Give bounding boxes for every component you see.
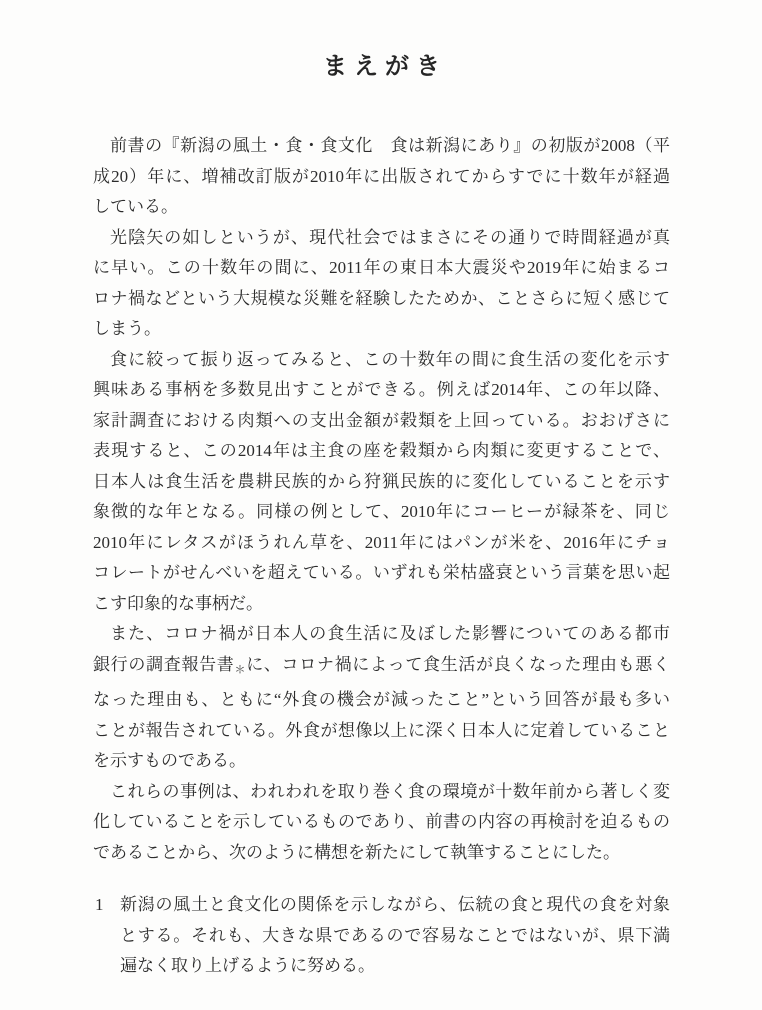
text-line: なった理由も、ともに“外食の機会が減ったこと”という回答が最も多い	[93, 685, 670, 716]
text-line: 食に絞って振り返ってみると、この十数年の間に食生活の変化を示す	[93, 345, 670, 376]
page-content: まえがき 前書の『新潟の風土・食・食文化 食は新潟にあり』の初版が2008（平成…	[93, 0, 670, 982]
paragraph: 前書の『新潟の風土・食・食文化 食は新潟にあり』の初版が2008（平成20）年に…	[93, 131, 670, 223]
text-line: また、コロナ禍が日本人の食生活に及ぼした影響についてのある都市	[93, 619, 670, 650]
text-line: 銀行の調査報告書＊に、コロナ禍によって食生活が良くなった理由も悪く	[93, 650, 670, 686]
text-line: 化していることを示しているものであり、前書の内容の再検討を迫るもの	[93, 807, 670, 838]
text-line: 表現すると、この2014年は主食の座を穀類から肉類に変更することで、	[93, 436, 670, 467]
text-line: コレートがせんべいを超えている。いずれも栄枯盛衰という言葉を思い起	[93, 558, 670, 589]
page: まえがき 前書の『新潟の風土・食・食文化 食は新潟にあり』の初版が2008（平成…	[0, 0, 762, 1010]
text-line: こす印象的な事柄だ。	[93, 589, 670, 620]
text-line: であることから、次のように構想を新たにして執筆することにした。	[93, 838, 670, 869]
text-line: 象徴的な年となる。同様の例として、2010年にコーヒーが緑茶を、同じ	[93, 497, 670, 528]
list-item-text: 新潟の風土と食文化の関係を示しながら、伝統の食と現代の食を対象とする。それも、大…	[120, 890, 670, 982]
text-line: これらの事例は、われわれを取り巻く食の環境が十数年前から著しく変	[93, 777, 670, 808]
text-line: ことが報告されている。外食が想像以上に深く日本人に定着していること	[93, 716, 670, 747]
text-line: している。	[93, 192, 670, 223]
text-line: 日本人は食生活を農耕民族的から狩猟民族的に変化していることを示す	[93, 467, 670, 498]
text-line: 光陰矢の如しというが、現代社会ではまさにその通りで時間経過が真	[93, 223, 670, 254]
text-line: 家計調査における肉類への支出金額が穀類を上回っている。おおげさに	[93, 406, 670, 437]
text-line: ロナ禍などという大規模な災難を経験したためか、ことさらに短く感じて	[93, 284, 670, 315]
paragraph: これらの事例は、われわれを取り巻く食の環境が十数年前から著しく変化していることを…	[93, 777, 670, 869]
text-line: を示すものである。	[93, 746, 670, 777]
list-item-number: 1	[95, 890, 104, 921]
text-line: 新潟の風土と食文化の関係を示しながら、伝統の食と現代の食を対象	[120, 890, 670, 921]
text-line: 成20）年に、増補改訂版が2010年に出版されてからすでに十数年が経過	[93, 162, 670, 193]
text-line: 2010年にレタスがほうれん草を、2011年にはパンが米を、2016年にチョ	[93, 528, 670, 559]
list-item: 1新潟の風土と食文化の関係を示しながら、伝統の食と現代の食を対象とする。それも、…	[93, 890, 670, 982]
text-line: 前書の『新潟の風土・食・食文化 食は新潟にあり』の初版が2008（平	[93, 131, 670, 162]
paragraph: 光陰矢の如しというが、現代社会ではまさにその通りで時間経過が真に早い。この十数年…	[93, 223, 670, 345]
preface-body: 前書の『新潟の風土・食・食文化 食は新潟にあり』の初版が2008（平成20）年に…	[93, 131, 670, 982]
text-line: 興味ある事柄を多数見出すことができる。例えば2014年、この年以降、	[93, 375, 670, 406]
paragraph: 食に絞って振り返ってみると、この十数年の間に食生活の変化を示す興味ある事柄を多数…	[93, 345, 670, 620]
text-line: しまう。	[93, 314, 670, 345]
text-line: に早い。この十数年の間に、2011年の東日本大震災や2019年に始まるコ	[93, 253, 670, 284]
text-line: 遍なく取り上げるように努める。	[120, 951, 670, 982]
footnote-asterisk: ＊	[235, 664, 247, 676]
page-title: まえがき	[93, 50, 670, 84]
text-line: とする。それも、大きな県であるので容易なことではないが、県下満	[120, 921, 670, 952]
paragraph: また、コロナ禍が日本人の食生活に及ぼした影響についてのある都市銀行の調査報告書＊…	[93, 619, 670, 777]
